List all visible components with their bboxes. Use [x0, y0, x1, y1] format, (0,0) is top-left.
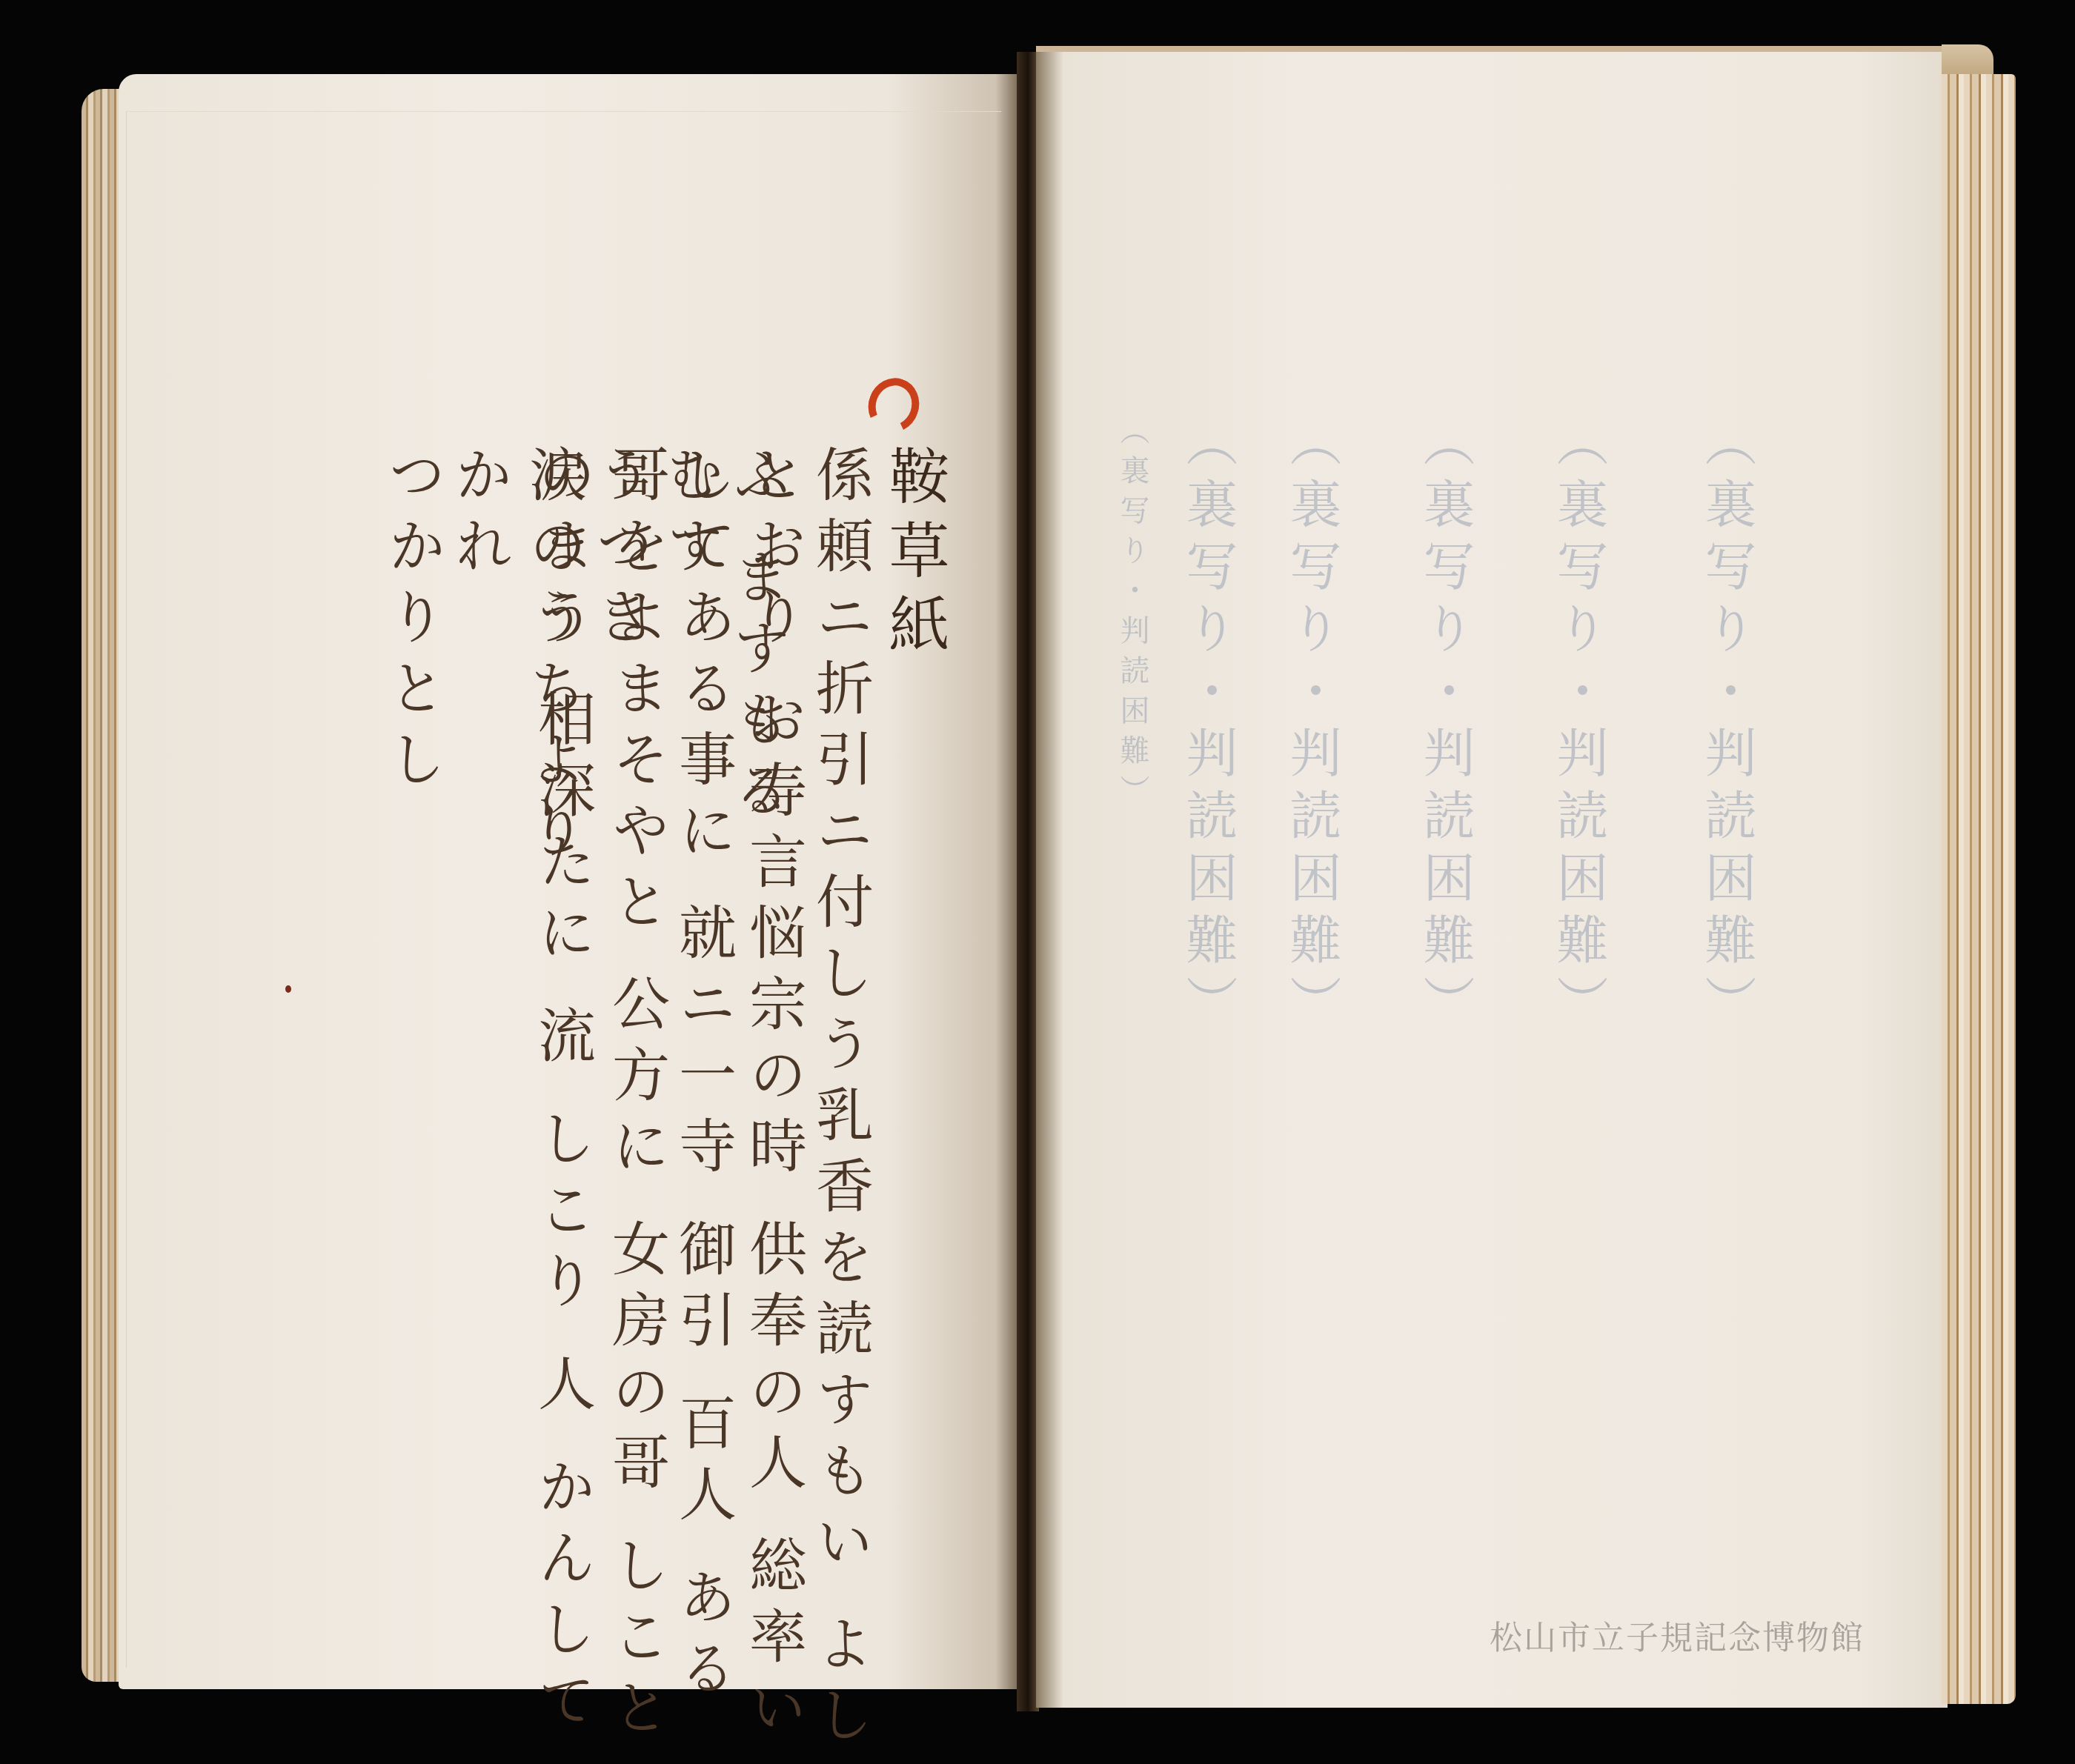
calligraphy-column: のまう 相深たに 流 しこり 人 かんしてかれ	[437, 445, 603, 1764]
bleed-through-column: （裏写り・判読困難）	[1275, 415, 1349, 1037]
bleed-through-column: （裏写り・判読困難）	[1541, 415, 1616, 1037]
open-manuscript-book: 鞍草紙 係頼ニ折引ニ付しう乳香を読すもい よしふ ますもる とおり お寿言悩宗の…	[0, 0, 2075, 1764]
bleed-through-column: （裏写り・判読困難）	[1171, 415, 1246, 1037]
bleed-through-column: （裏写り・判読困難）	[1690, 415, 1764, 1037]
calligraphy-column: つかりとし	[371, 445, 454, 800]
ink-spot	[285, 985, 291, 993]
right-page-stack-edge	[1942, 74, 2016, 1704]
section-heading: 鞍草紙	[871, 445, 957, 667]
museum-watermark: 松山市立子規記念博物館	[1490, 1611, 1865, 1659]
bleed-through-column: （裏写り・判読困難）	[1112, 415, 1154, 815]
bleed-through-column: （裏写り・判読困難）	[1408, 415, 1483, 1037]
